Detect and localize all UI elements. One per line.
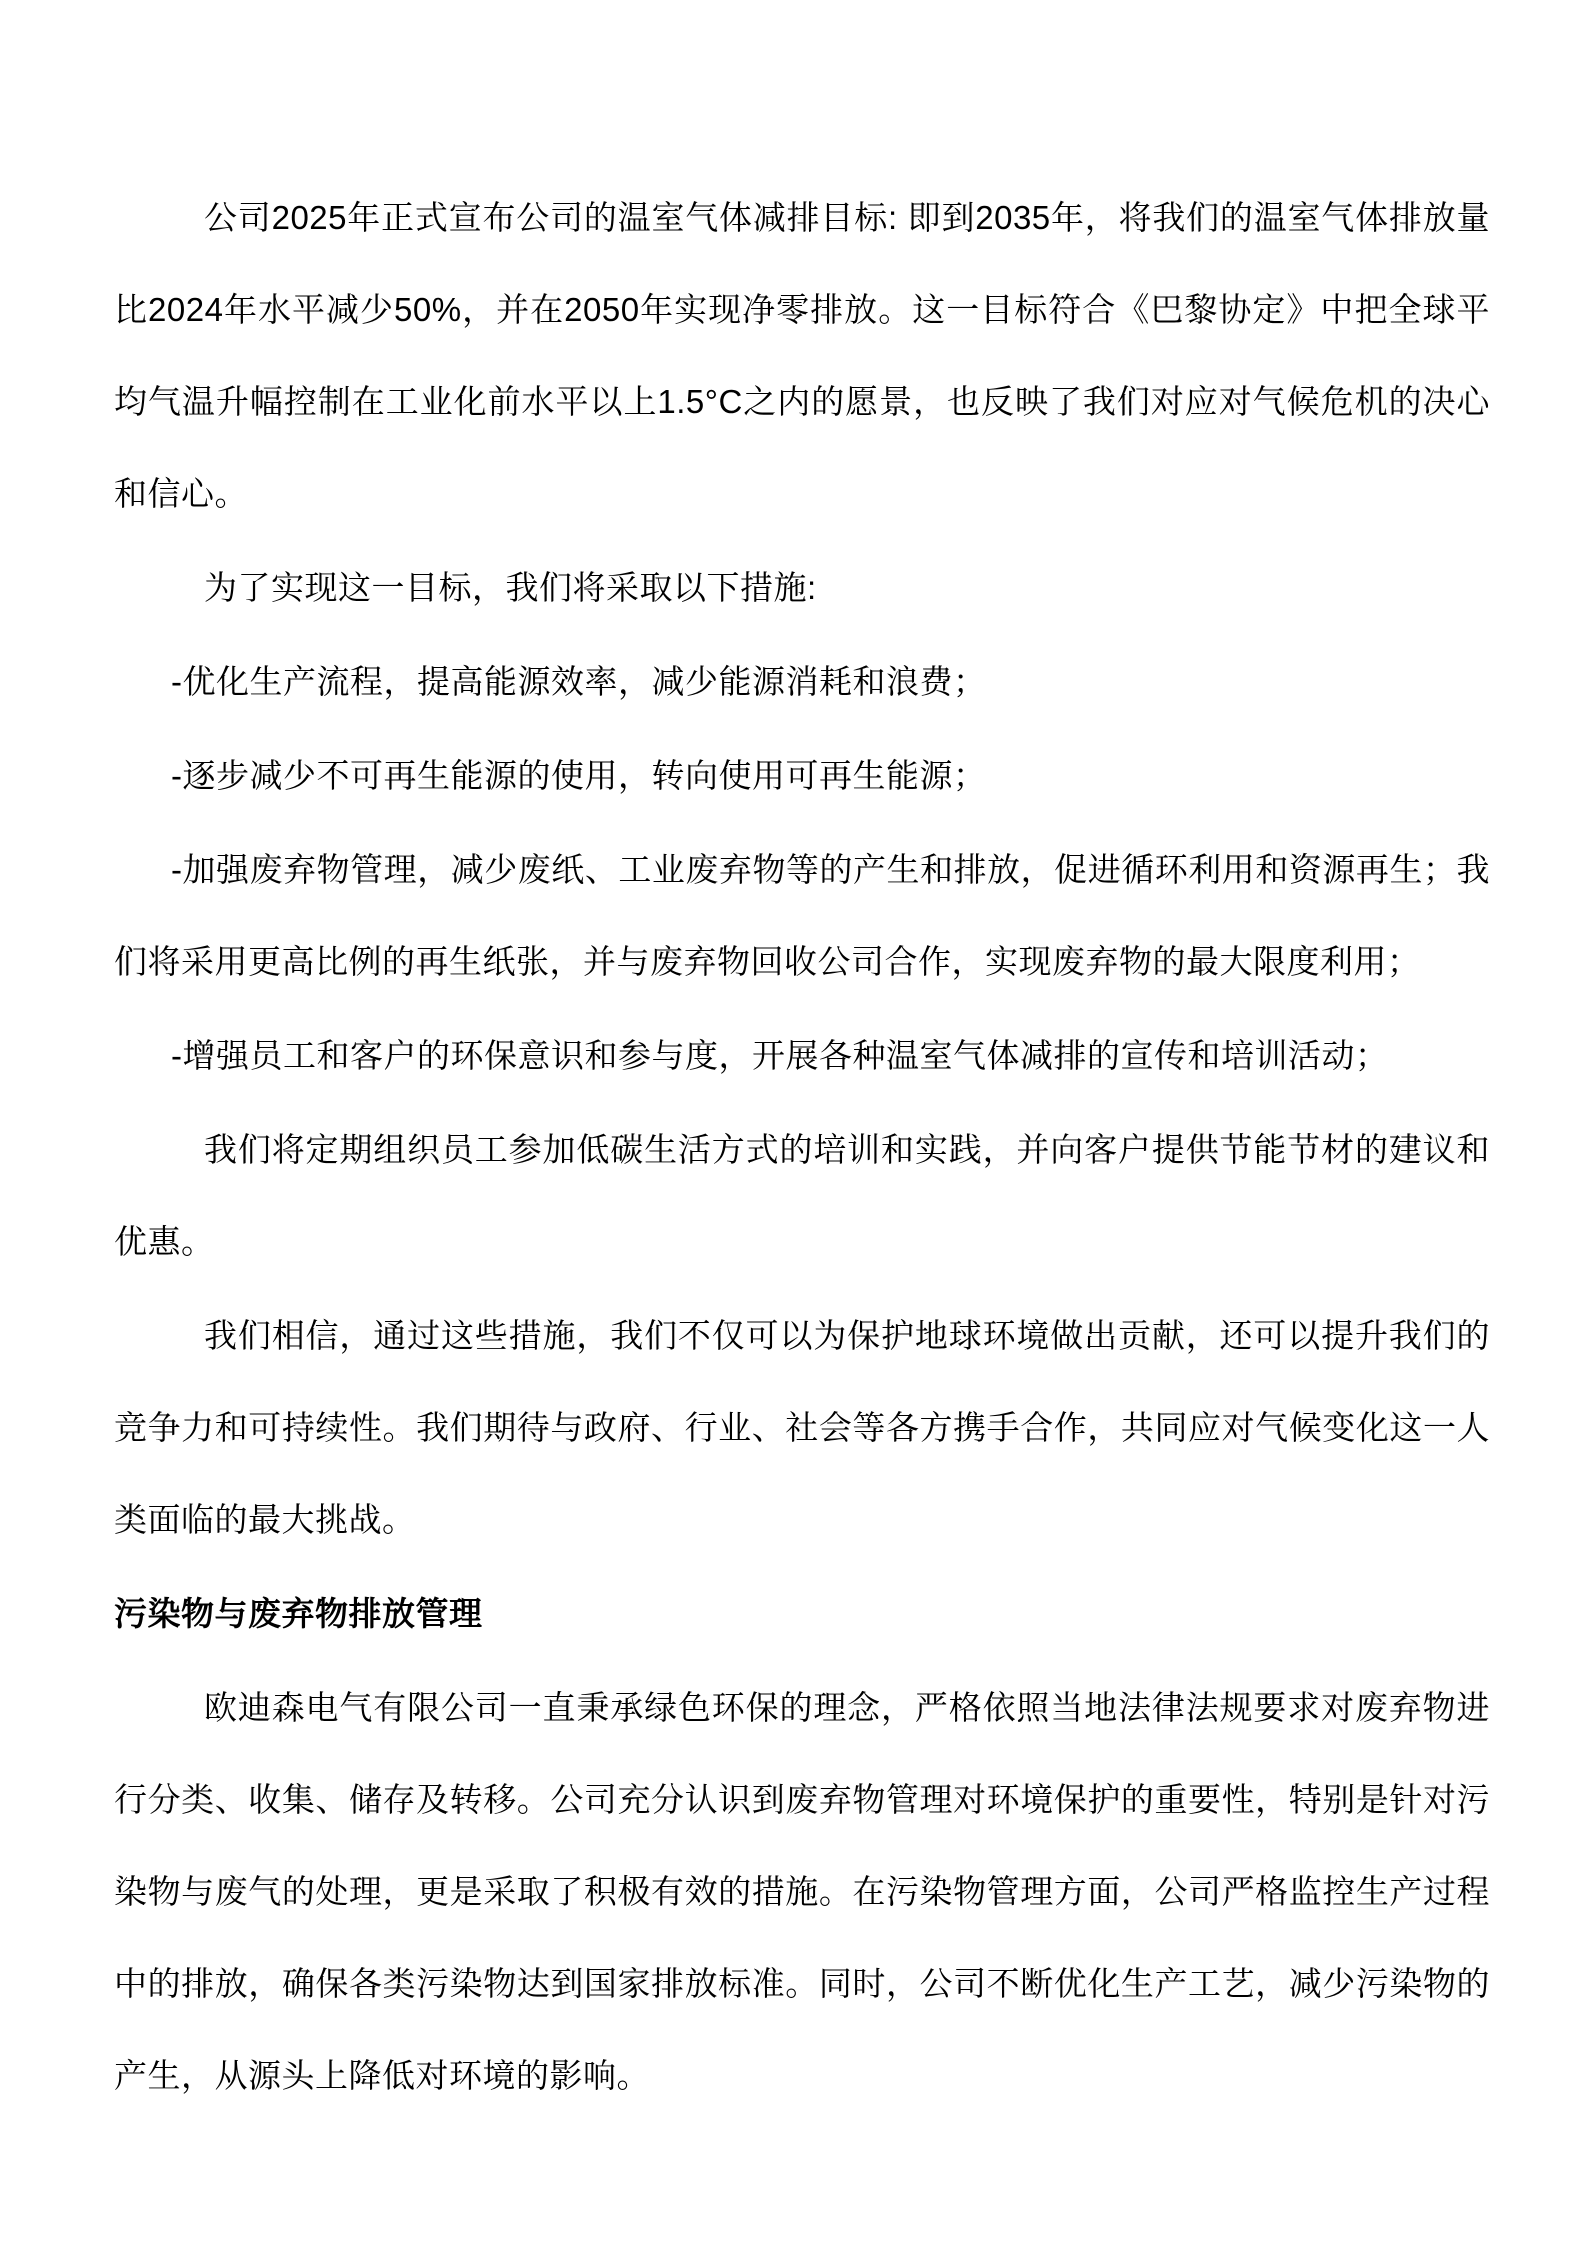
document-page: 公司2025年正式宣布公司的温室气体减排目标: 即到2035年，将我们的温室气体…	[0, 0, 1587, 2245]
paragraph-emission-target: 公司2025年正式宣布公司的温室气体减排目标: 即到2035年，将我们的温室气体…	[114, 172, 1490, 540]
bullet-optimize-production: -优化生产流程，提高能源效率，减少能源消耗和浪费；	[114, 636, 1490, 728]
section-heading-pollutant-waste-management: 污染物与废弃物排放管理	[114, 1568, 1490, 1660]
paragraph-measures-intro: 为了实现这一目标，我们将采取以下措施:	[114, 542, 1490, 634]
paragraph-odison-waste-practice: 欧迪森电气有限公司一直秉承绿色环保的理念，严格依照当地法律法规要求对废弃物进行分…	[114, 1662, 1490, 2122]
paragraph-low-carbon-training: 我们将定期组织员工参加低碳生活方式的培训和实践，并向客户提供节能节材的建议和优惠…	[114, 1104, 1490, 1288]
bullet-waste-management: -加强废弃物管理，减少废纸、工业废弃物等的产生和排放，促进循环利用和资源再生；我…	[114, 824, 1490, 1008]
paragraph-belief-cooperation: 我们相信，通过这些措施，我们不仅可以为保护地球环境做出贡献，还可以提升我们的竞争…	[114, 1290, 1490, 1566]
bullet-renewable-energy: -逐步减少不可再生能源的使用，转向使用可再生能源；	[114, 730, 1490, 822]
bullet-awareness-training: -增强员工和客户的环保意识和参与度，开展各种温室气体减排的宣传和培训活动；	[114, 1010, 1490, 1102]
